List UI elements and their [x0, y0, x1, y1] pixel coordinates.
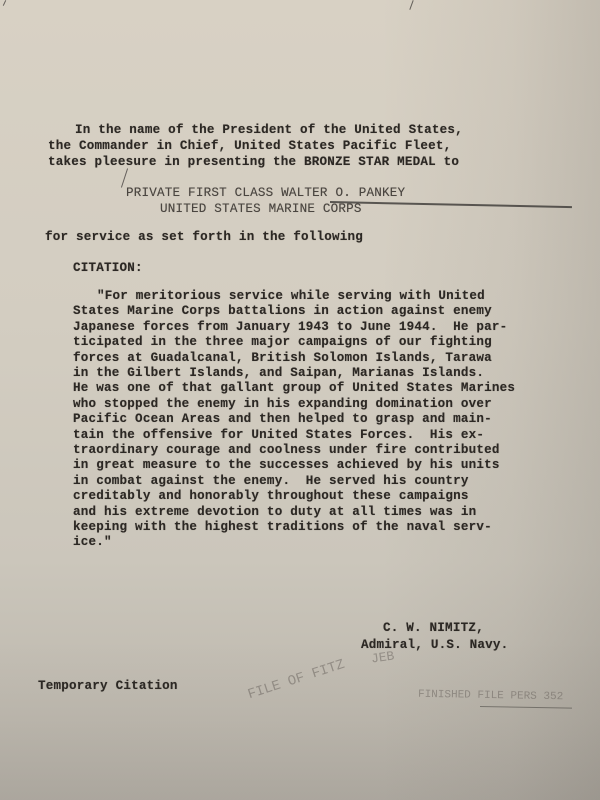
citation-line: creditably and honorably throughout thes… [73, 488, 469, 504]
pencil-mark-top-left [3, 0, 6, 6]
citation-line: forces at Guadalcanal, British Solomon I… [73, 350, 492, 366]
opening-line-3: takes pleesure in presenting the BRONZE … [48, 154, 459, 170]
signature-name: C. W. NIMITZ, [383, 620, 484, 636]
citation-line: keeping with the highest traditions of t… [73, 519, 492, 535]
finished-file-stamp: FINISHED FILE PERS 352 [418, 689, 563, 704]
citation-heading: CITATION: [73, 260, 143, 276]
citation-line: who stopped the enemy in his expanding d… [73, 396, 492, 412]
citation-line: ice." [73, 534, 112, 550]
service-line: for service as set forth in the followin… [45, 229, 363, 245]
stamp-underline [480, 706, 572, 709]
citation-line: tain the offensive for United States For… [73, 427, 484, 443]
citation-line: ticipated in the three major campaigns o… [73, 334, 492, 350]
citation-line: in great measure to the successes achiev… [73, 457, 500, 473]
citation-line: traordinary courage and coolness under f… [73, 442, 500, 458]
pencil-mark-top [409, 0, 413, 10]
paper-shadow-bottom [0, 640, 600, 800]
citation-line: Japanese forces from January 1943 to Jun… [73, 319, 507, 335]
opening-line-1: In the name of the President of the Unit… [75, 122, 463, 138]
citation-line: States Marine Corps battalions in action… [73, 303, 492, 319]
temporary-citation-label: Temporary Citation [38, 678, 178, 694]
citation-line: "For meritorious service while serving w… [97, 288, 485, 304]
citation-line: in combat against the enemy. He served h… [73, 473, 469, 489]
file-stamp: FILE OF FITZ [246, 657, 347, 703]
recipient-name: PRIVATE FIRST CLASS WALTER O. PANKEY [126, 185, 405, 201]
pencil-underline [330, 201, 572, 208]
opening-line-2: the Commander in Chief, United States Pa… [48, 138, 451, 154]
initials-stamp: JEB [370, 648, 395, 666]
citation-line: He was one of that gallant group of Unit… [73, 380, 515, 396]
citation-line: and his extreme devotion to duty at all … [73, 504, 476, 520]
recipient-branch: UNITED STATES MARINE CORPS [160, 201, 362, 217]
citation-line: Pacific Ocean Areas and then helped to g… [73, 411, 492, 427]
citation-line: in the Gilbert Islands, and Saipan, Mari… [73, 365, 484, 381]
